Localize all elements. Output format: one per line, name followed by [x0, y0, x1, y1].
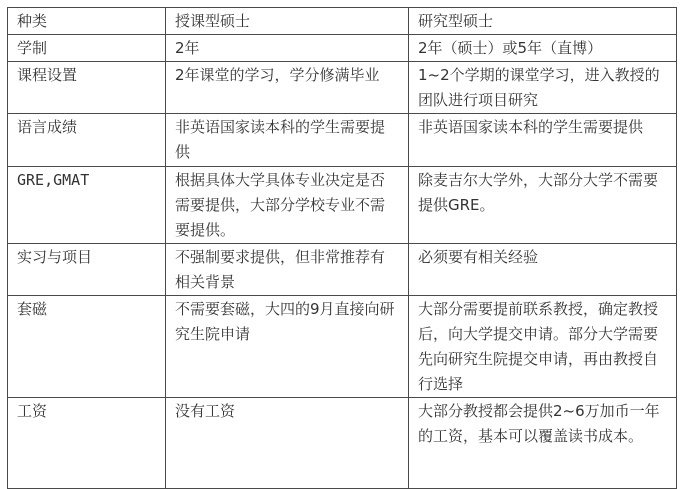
table-row-internship-projects: 实习与项目 不强制要求提供，但非常推荐有相关背景 必须要有相关经验 [8, 244, 677, 296]
research-cell: 1~2个学期的课堂学习，进入教授的团队进行项目研究 [409, 62, 677, 114]
taught-cell: 2年课堂的学习，学分修满毕业 [166, 62, 409, 114]
table-row-contacting-professors: 套磁 不需要套磁，大四的9月直接向研究生院申请 大部分需要提前联系教授，确定教授… [8, 296, 677, 398]
table-row-gre-gmat: GRE,GMAT 根据具体大学具体专业决定是否需要提供，大部分学校专业不需要提供… [8, 167, 677, 244]
category-cell: 课程设置 [8, 62, 166, 114]
research-cell: 除麦吉尔大学外，大部分大学不需要提供GRE。 [409, 167, 677, 244]
research-cell: 大部分教授都会提供2~6万加币一年的工资，基本可以覆盖读书成本。 [409, 398, 677, 489]
header-cell-category: 种类 [8, 8, 166, 35]
taught-cell: 2年 [166, 35, 409, 62]
table-row-language-scores: 语言成绩 非英语国家读本科的学生需要提供 非英语国家读本科的学生需要提供 [8, 114, 677, 167]
category-cell: GRE,GMAT [8, 167, 166, 244]
masters-comparison-table: 种类 授课型硕士 研究型硕士 学制 2年 2年（硕士）或5年（直博） 课程设置 … [7, 7, 677, 489]
taught-cell: 不需要套磁，大四的9月直接向研究生院申请 [166, 296, 409, 398]
category-cell: 学制 [8, 35, 166, 62]
research-cell: 必须要有相关经验 [409, 244, 677, 296]
header-cell-taught-masters: 授课型硕士 [166, 8, 409, 35]
table-row-duration: 学制 2年 2年（硕士）或5年（直博） [8, 35, 677, 62]
category-cell: 套磁 [8, 296, 166, 398]
table-row-curriculum: 课程设置 2年课堂的学习，学分修满毕业 1~2个学期的课堂学习，进入教授的团队进… [8, 62, 677, 114]
header-cell-research-masters: 研究型硕士 [409, 8, 677, 35]
research-cell: 大部分需要提前联系教授，确定教授后，向大学提交申请。部分大学需要先向研究生院提交… [409, 296, 677, 398]
taught-cell: 非英语国家读本科的学生需要提供 [166, 114, 409, 167]
document-page: 种类 授课型硕士 研究型硕士 学制 2年 2年（硕士）或5年（直博） 课程设置 … [0, 0, 683, 483]
category-cell: 语言成绩 [8, 114, 166, 167]
research-cell: 非英语国家读本科的学生需要提供 [409, 114, 677, 167]
table-header-row: 种类 授课型硕士 研究型硕士 [8, 8, 677, 35]
taught-cell: 根据具体大学具体专业决定是否需要提供，大部分学校专业不需要提供。 [166, 167, 409, 244]
taught-cell: 不强制要求提供，但非常推荐有相关背景 [166, 244, 409, 296]
category-cell: 实习与项目 [8, 244, 166, 296]
research-cell: 2年（硕士）或5年（直博） [409, 35, 677, 62]
table-row-salary: 工资 没有工资 大部分教授都会提供2~6万加币一年的工资，基本可以覆盖读书成本。 [8, 398, 677, 489]
category-cell: 工资 [8, 398, 166, 489]
taught-cell: 没有工资 [166, 398, 409, 489]
